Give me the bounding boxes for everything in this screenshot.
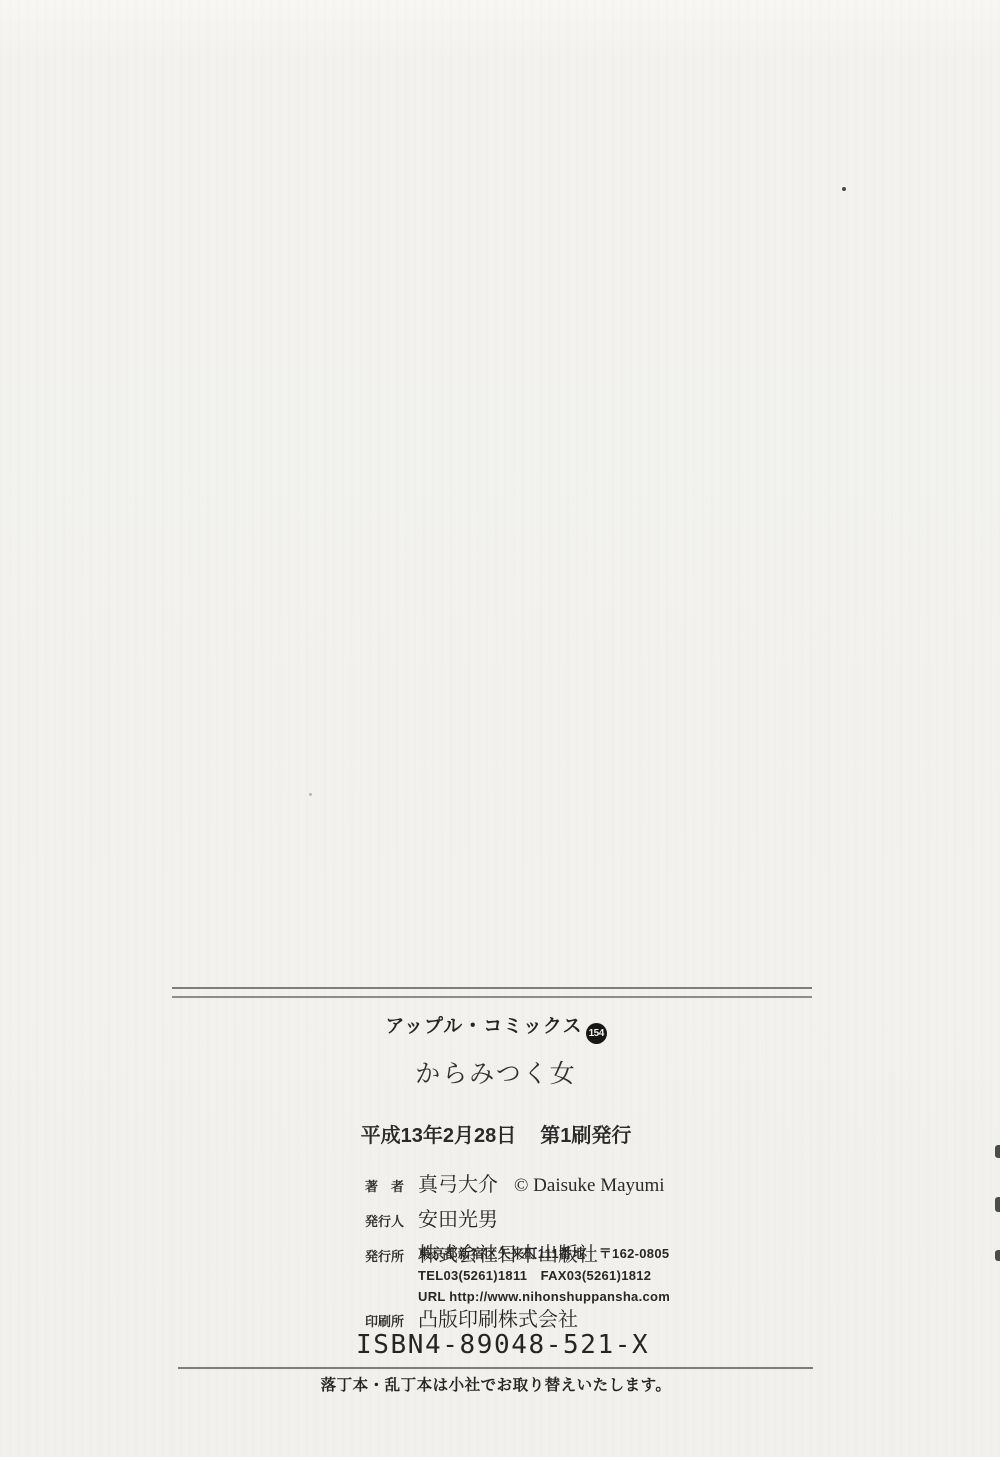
publisher-details: 東京都新宿区矢来町111番地 〒162-0805 TEL03(5261)1811… [418,1243,670,1308]
issuer-name: 安田光男 [418,1203,498,1232]
scan-edge-mark [995,1250,1000,1261]
credit-row-author: 著 者 真弓大介 © Daisuke Mayumi [365,1168,665,1197]
replacement-notice: 落丁本・乱丁本は小社でお取り替えいたします。 [0,1373,992,1395]
isbn: ISBN4-89048-521-X [356,1330,649,1360]
copyright-notice: © Daisuke Mayumi [514,1175,665,1197]
scan-edge-mark [995,1145,1000,1158]
edition-date: 平成13年2月28日 [361,1125,517,1147]
series-number-badge: 154 [586,1023,607,1044]
author-label: 著 者 [365,1176,406,1195]
edition-printing: 第1刷発行 [540,1125,631,1147]
edition-line: 平成13年2月28日第1刷発行 [0,1119,992,1148]
author-name: 真弓大介 [418,1168,498,1197]
top-double-rule [172,987,812,998]
credit-row-printer: 印刷所 凸版印刷株式会社 [365,1303,578,1332]
publisher-address: 東京都新宿区矢来町111番地 〒162-0805 [418,1243,670,1265]
printer-name: 凸版印刷株式会社 [418,1303,578,1332]
scan-speck [309,793,312,796]
series-label-text: アップル・コミックス [385,1016,582,1037]
publisher-label: 発行所 [365,1246,406,1265]
bottom-rule [178,1367,813,1369]
issuer-label: 発行人 [365,1211,406,1230]
scan-speck [842,187,846,191]
publisher-phone-fax: TEL03(5261)1811 FAX03(5261)1812 [418,1265,670,1287]
scan-edge-mark [995,1197,1000,1212]
printer-label: 印刷所 [365,1311,406,1330]
series-label: アップル・コミックス154 [0,1011,992,1044]
book-title: からみつく女 [0,1054,992,1090]
credit-row-issuer: 発行人 安田光男 [365,1203,665,1232]
